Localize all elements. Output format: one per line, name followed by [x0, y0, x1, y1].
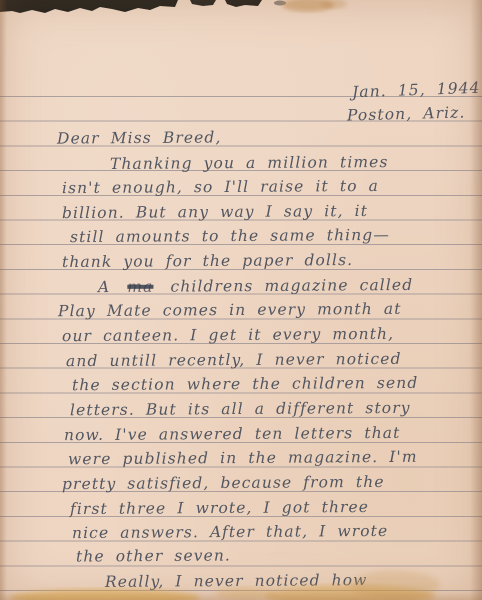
letter-line-with-strikethrough: A ma childrens magazine called: [98, 275, 413, 297]
strike-line-pre: A: [98, 278, 110, 296]
letter-line: Thanking you a million times: [110, 152, 389, 174]
letter-line: Play Mate comes in every month at: [58, 299, 402, 321]
letter-line: letters. But its all a different story: [70, 398, 411, 420]
paper-bottom-edge-shadow: [0, 592, 482, 600]
strike-line-post: childrens magazine called: [170, 276, 413, 296]
torn-top-edge-fragment: [225, 0, 262, 7]
letter-line: still amounts to the same thing—: [70, 225, 390, 247]
letter-line: isn't enough, so I'll raise it to a: [62, 176, 379, 198]
letter-line: and untill recently, I never noticed: [66, 349, 402, 371]
letter-line: first three I wrote, I got three: [70, 497, 369, 519]
letter-line: pretty satisfied, because from the: [62, 472, 385, 494]
letter-line: thank you for the paper dolls.: [62, 250, 353, 272]
top-stain: [321, 0, 347, 9]
letter-line: our canteen. I get it every month,: [62, 324, 394, 346]
letter-line: the other seven.: [76, 545, 231, 566]
torn-top-edge: [0, 0, 178, 13]
letter-scan: Jan. 15, 1944 Poston, Ariz. Dear Miss Br…: [0, 0, 482, 600]
salutation: Dear Miss Breed,: [57, 127, 222, 148]
letter-line: nice answers. After that, I wrote: [72, 521, 388, 543]
place-line: Poston, Ariz.: [347, 102, 466, 125]
date-line: Jan. 15, 1944: [352, 78, 481, 102]
edge-speck: [274, 1, 286, 6]
torn-top-edge-fragment: [190, 0, 216, 6]
paper-left-edge-shadow: [0, 0, 7, 600]
letter-line: now. I've answered ten letters that: [64, 423, 401, 445]
top-stain: [282, 0, 334, 12]
paper-right-edge-shadow: [470, 0, 482, 600]
letter-line: Really, I never noticed how: [105, 570, 368, 592]
letter-line: were published in the magazine. I'm: [68, 447, 418, 469]
letter-line: billion. But any way I say it, it: [62, 201, 368, 223]
struck-out-word: ma: [127, 278, 153, 296]
letter-line: the section where the children send: [72, 373, 418, 395]
